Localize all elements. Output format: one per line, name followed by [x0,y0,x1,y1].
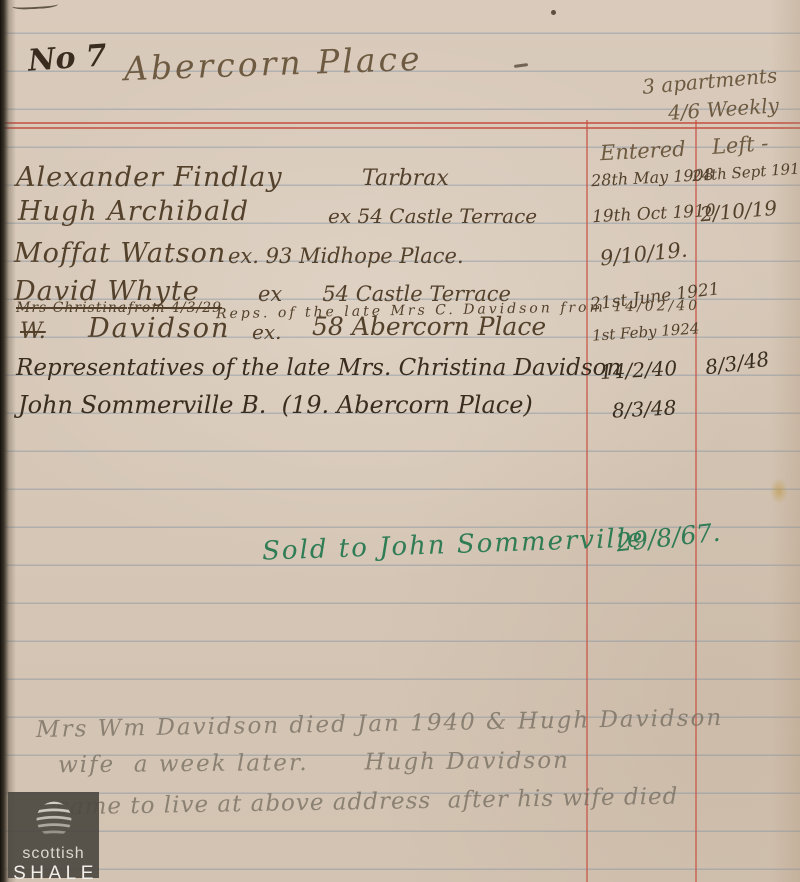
ink-speck [551,10,556,15]
row-5-struck-initial: W. [20,320,46,344]
paper-stain [770,478,788,504]
row-2-tenant-name: Hugh Archibald [18,197,249,227]
red-column-rule-entered [586,120,588,882]
column-header-left: Left - [711,132,769,159]
row-1-origin: Tarbrax [362,167,449,191]
ledger-page-scan: No 7 Abercorn Place 3 apartments 4/6 Wee… [0,0,800,882]
red-rule-top-2 [0,127,800,129]
scottish-shale-logo: scottish SHALE [8,792,99,878]
globe-icon [32,798,76,847]
logo-text-shale: SHALE [13,863,98,882]
row-5-tenant-name: Davidson [88,314,230,344]
red-column-rule-left [695,120,697,882]
row-5-origin-ex: ex. [252,321,281,343]
row-7-tenant-name: John Sommerville B. (19. Abercorn Place) [18,392,533,418]
row-7-entered-date: 8/3/48 [611,396,676,421]
page-edge-shading [770,0,800,882]
property-number: No 7 [27,39,108,77]
pencil-note-line-2: wife a week later. Hugh Davidson [58,749,570,779]
logo-text-scottish: scottish [22,845,84,863]
row-6-tenant-name: Representatives of the late Mrs. Christi… [16,356,621,381]
row-3-origin: ex. 93 Midhope Place. [228,245,464,268]
column-header-entered: Entered [599,138,686,166]
row-1-tenant-name: Alexander Findlay [16,163,283,193]
book-binding-edge [0,0,16,882]
row-5-origin: 58 Abercorn Place [312,313,546,341]
row-6-entered-date: 14/2/40 [599,357,677,383]
row-2-origin: ex 54 Castle Terrace [328,205,537,227]
row-3-tenant-name: Moffat Watson [14,239,226,269]
